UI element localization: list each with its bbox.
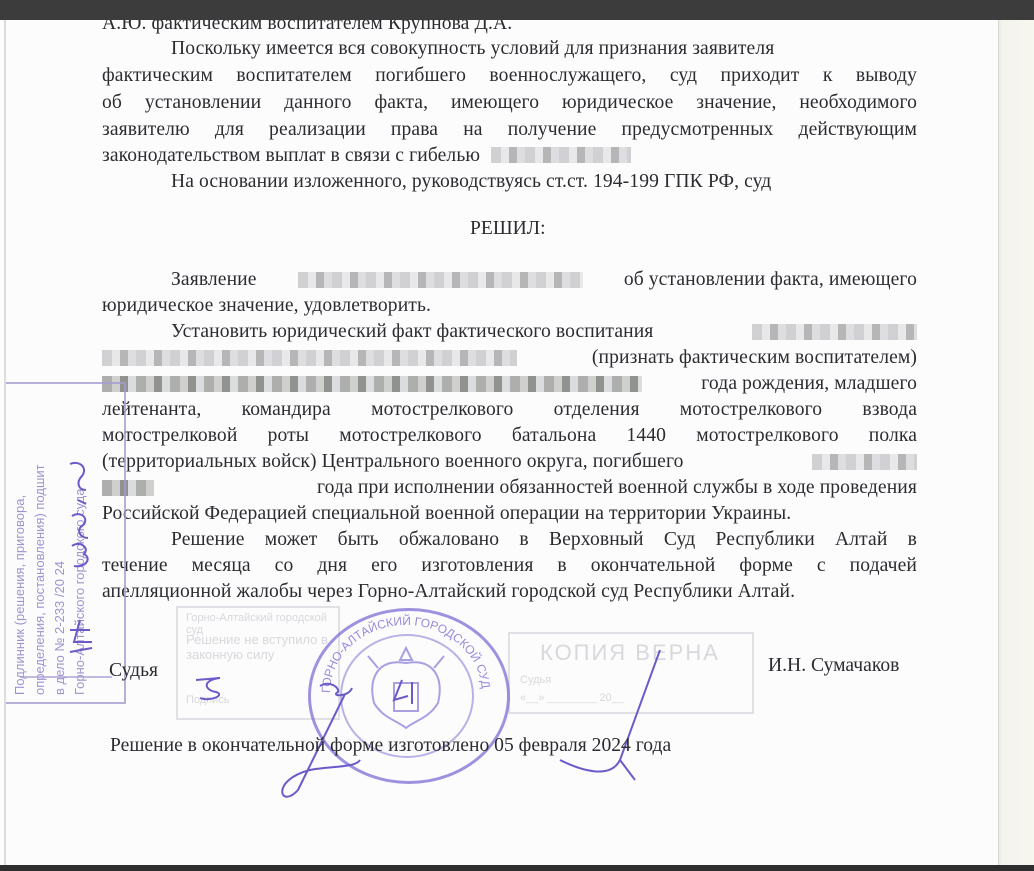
text-line: мотострелковой роты мотострелкового бата… (102, 424, 917, 448)
document-page: А.Ю. фактическим воспитателем Крупнова Д… (0, 20, 1034, 865)
text-span: Поскольку имеется вся совокупность услов… (171, 37, 774, 61)
text-span: года при исполнении обязанностей военной… (317, 476, 917, 500)
stamp-text: Подлинник (решения, приговора, (10, 385, 30, 695)
redacted-name (298, 272, 583, 288)
text-line: На основании изложенного, руководствуясь… (171, 170, 771, 194)
text-line: А.Ю. фактическим воспитателем Крупнова Д… (102, 20, 512, 36)
text-line: лейтенанта, командира мотострелкового от… (102, 398, 917, 422)
text-span: Установить юридический факт фактического… (171, 320, 653, 344)
text-line: об установлении данного факта, имеющего … (102, 91, 917, 115)
filing-stamp-bottom-edge (20, 676, 112, 678)
text-line: года при исполнении обязанностей военной… (102, 476, 917, 500)
text-line: юридическое значение, удовлетворить. (102, 294, 431, 318)
text-line: Заявление об установлении факта, имеющег… (171, 268, 917, 292)
text-span: Заявление (171, 268, 257, 292)
text-line: заявителю для реализации права на получе… (102, 118, 917, 142)
text-line: законодательством выплат в связи с гибел… (102, 144, 631, 168)
judge-label: Судья (109, 660, 158, 682)
ruling-heading: РЕШИЛ: (470, 218, 546, 240)
text-line: Решение может быть обжаловано в Верховны… (171, 528, 917, 552)
text-line: фактическим воспитателем погибшего военн… (102, 64, 917, 88)
text-line: года рождения, младшего (102, 372, 917, 396)
filing-handwriting (30, 420, 120, 660)
redacted-name (102, 350, 517, 366)
text-line: (признать фактическим воспитателем) (102, 346, 917, 370)
text-line: Установить юридический факт фактического… (171, 320, 917, 344)
text-span: года рождения, младшего (701, 372, 917, 396)
text-line: Российской Федерацией специальной военно… (102, 502, 791, 526)
text-line: (территориальных войск) Центрального вое… (102, 450, 917, 474)
viewer-top-bar (0, 0, 1034, 20)
text-span: (территориальных войск) Центрального вое… (102, 450, 684, 474)
redacted-name (752, 324, 917, 340)
viewer-bottom-bar (0, 865, 1034, 871)
text-line: апелляционной жалобы через Горно-Алтайск… (102, 580, 795, 604)
text-span: об установлении факта, имеющего (624, 268, 917, 292)
text-line: течение месяца со дня его изготовления в… (102, 554, 917, 578)
signature-marks (180, 640, 680, 810)
text-span: (признать фактическим воспитателем) (592, 346, 917, 370)
page-edge-right (998, 20, 1034, 865)
redacted-birthdate (102, 376, 642, 392)
final-form-date-line: Решение в окончательной форме изготовлен… (110, 735, 671, 757)
text-span: законодательством выплат в связи с гибел… (102, 145, 480, 166)
redacted-name (491, 147, 631, 163)
redacted-date (812, 454, 917, 470)
judge-name: И.Н. Сумачаков (768, 655, 899, 677)
text-line: Поскольку имеется вся совокупность услов… (171, 37, 917, 61)
